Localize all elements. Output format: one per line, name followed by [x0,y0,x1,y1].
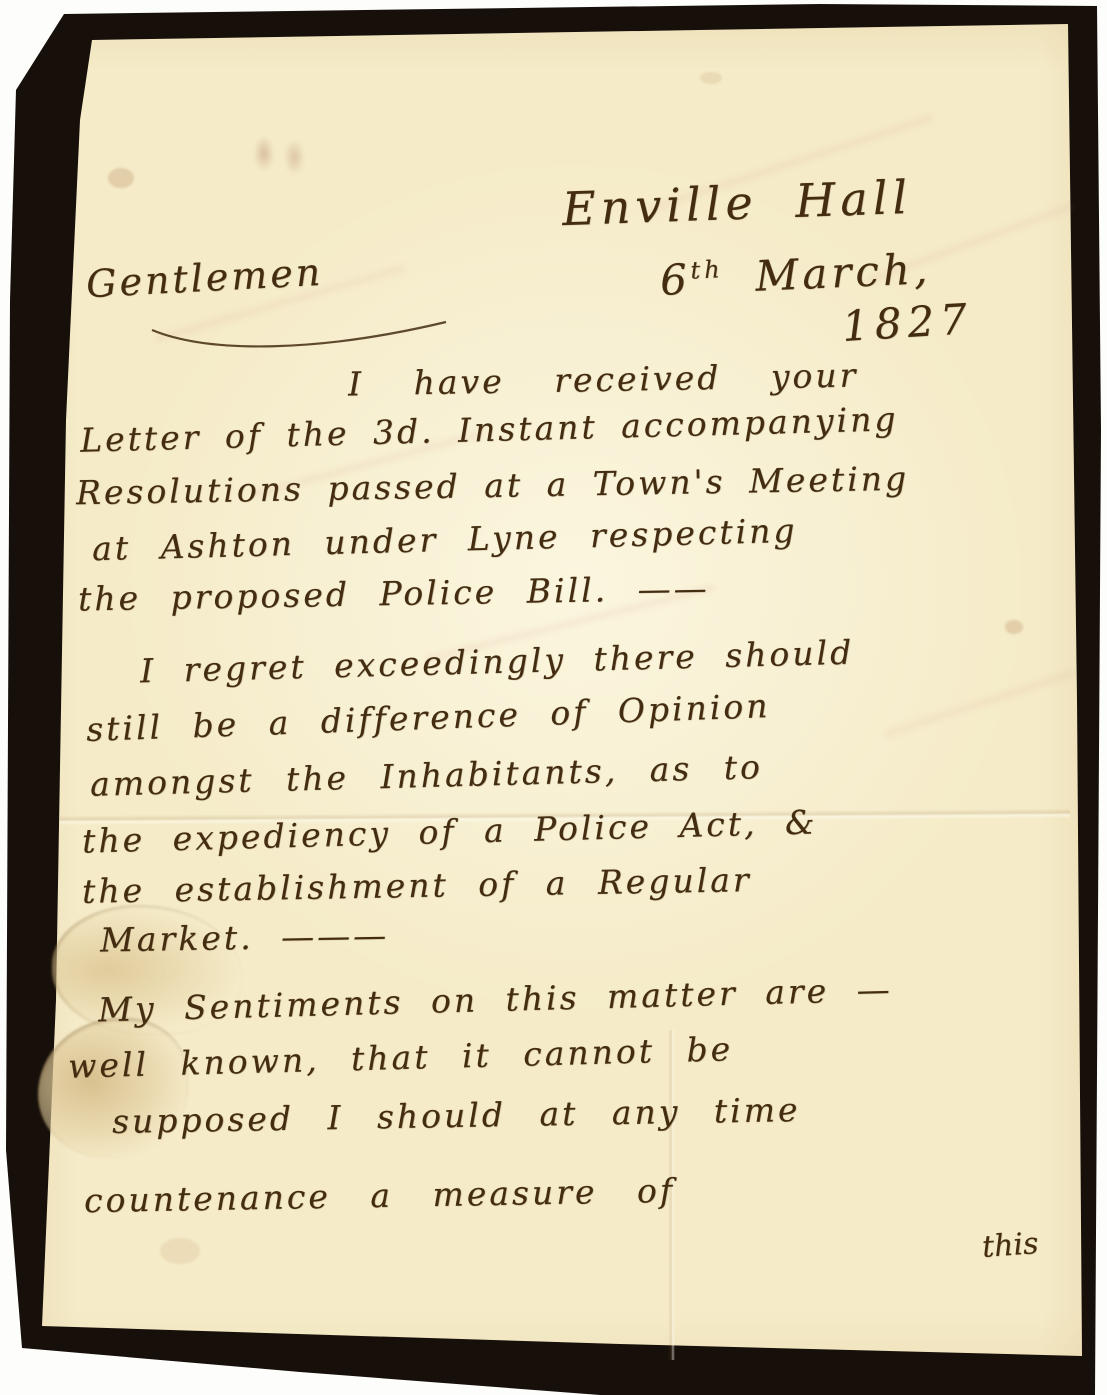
date-month: March, [723,244,932,302]
letter-date-year: 1827 [841,294,975,351]
letter-line: Market. ——— [100,915,390,959]
catchword: this [981,1226,1040,1265]
salutation-flourish [150,316,450,356]
scanned-letter-page: Enville Hall 6th March, 1827 Gentlemen I… [0,0,1107,1395]
date-ordinal: th [690,255,724,284]
date-day: 6 [659,255,692,305]
